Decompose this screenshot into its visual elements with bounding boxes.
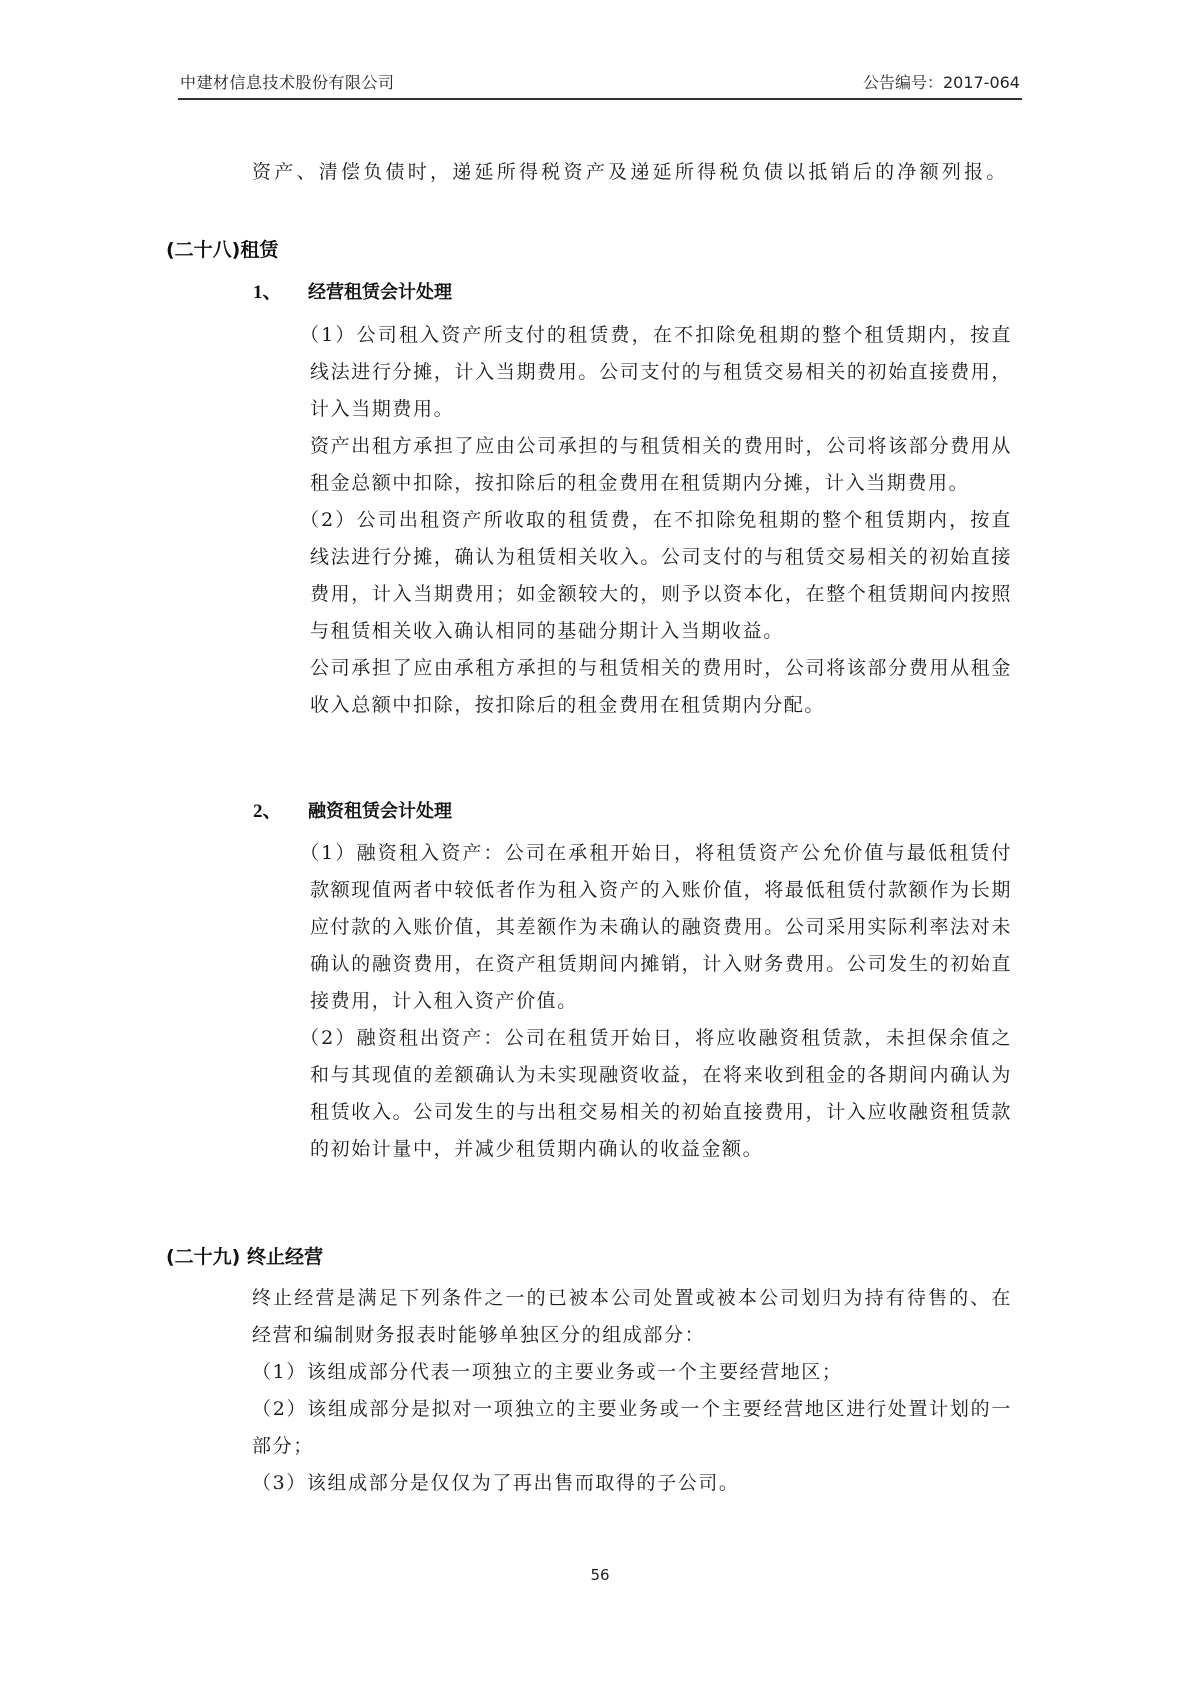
paragraph-line: （1）该组成部分代表一项独立的主要业务或一个主要经营地区； <box>252 1359 843 1385</box>
intro-paragraph-line: 资产、清偿负债时，递延所得税资产及递延所得税负债以抵销后的净额列报。 <box>252 159 1007 185</box>
paragraph-line: 经营和编制财务报表时能够单独区分的组成部分： <box>252 1322 705 1348</box>
section-heading-29: (二十九) 终止经营 <box>166 1244 323 1270</box>
paragraph-line: （2）公司出租资产所收取的租赁费，在不扣除免租期的整个租赁期内，按直 <box>300 507 1012 533</box>
paragraph-line: 租赁收入。公司发生的与出租交易相关的初始直接费用，计入应收融资租赁款 <box>310 1099 1012 1125</box>
subsection-number-2: 2、 <box>253 799 282 825</box>
paragraph-line: 和与其现值的差额确认为未实现融资收益，在将来收到租金的各期间内确认为 <box>310 1062 1012 1088</box>
paragraph-line: （3）该组成部分是仅仅为了再出售而取得的子公司。 <box>252 1470 740 1496</box>
paragraph-line: 应付款的入账价值，其差额作为未确认的融资费用。公司采用实际利率法对未 <box>310 914 1012 940</box>
paragraph-line: （1）公司租入资产所支付的租赁费，在不扣除免租期的整个租赁期内，按直 <box>300 322 1012 348</box>
paragraph-line: 计入当期费用。 <box>310 396 454 422</box>
paragraph-line: 租金总额中扣除，按扣除后的租金费用在租赁期内分摊，计入当期费用。 <box>310 470 969 496</box>
paragraph-line: 终止经营是满足下列条件之一的已被本公司处置或被本公司划归为持有待售的、在 <box>252 1285 1012 1311</box>
subsection-title-finance-lease: 融资租赁会计处理 <box>308 799 452 825</box>
paragraph-line: 的初始计量中，并减少租赁期内确认的收益金额。 <box>310 1136 763 1162</box>
paragraph-line: 线法进行分摊，计入当期费用。公司支付的与租赁交易相关的初始直接费用， <box>310 359 1012 385</box>
paragraph-line: 资产出租方承担了应由公司承担的与租赁相关的费用时，公司将该部分费用从 <box>310 433 1012 459</box>
subsection-title-operating-lease: 经营租赁会计处理 <box>308 280 452 306</box>
document-page: 中建材信息技术股份有限公司 公告编号：2017-064 资产、清偿负债时，递延所… <box>0 0 1200 1696</box>
paragraph-line: （1）融资租入资产：公司在承租开始日，将租赁资产公允价值与最低租赁付 <box>300 840 1012 866</box>
paragraph-line: 确认的融资费用，在资产租赁期间内摊销，计入财务费用。公司发生的初始直 <box>310 951 1012 977</box>
paragraph-line: 费用，计入当期费用；如金额较大的，则予以资本化，在整个租赁期间内按照 <box>310 581 1012 607</box>
paragraph-line: （2）融资租出资产：公司在租赁开始日，将应收融资租赁款，未担保余值之 <box>300 1025 1012 1051</box>
paragraph-line: 部分； <box>252 1433 314 1459</box>
page-number: 56 <box>0 1566 1200 1584</box>
company-name: 中建材信息技术股份有限公司 <box>180 70 395 93</box>
subsection-number-1: 1、 <box>253 280 282 306</box>
paragraph-line: 公司承担了应由承租方承担的与租赁相关的费用时，公司将该部分费用从租金 <box>310 655 1012 681</box>
section-heading-28: (二十八)租赁 <box>166 237 278 263</box>
paragraph-line: 线法进行分摊，确认为租赁相关收入。公司支付的与租赁交易相关的初始直接 <box>310 544 1012 570</box>
paragraph-line: 与租赁相关收入确认相同的基础分期计入当期收益。 <box>310 618 784 644</box>
paragraph-line: 款额现值两者中较低者作为租入资产的入账价值，将最低租赁付款额作为长期 <box>310 877 1012 903</box>
paragraph-line: （2）该组成部分是拟对一项独立的主要业务或一个主要经营地区进行处置计划的一 <box>252 1396 1012 1422</box>
announcement-number: 公告编号：2017-064 <box>863 70 1020 93</box>
page-header: 中建材信息技术股份有限公司 公告编号：2017-064 <box>178 64 1022 100</box>
paragraph-line: 接费用，计入租入资产价值。 <box>310 988 578 1014</box>
paragraph-line: 收入总额中扣除，按扣除后的租金费用在租赁期内分配。 <box>310 692 825 718</box>
